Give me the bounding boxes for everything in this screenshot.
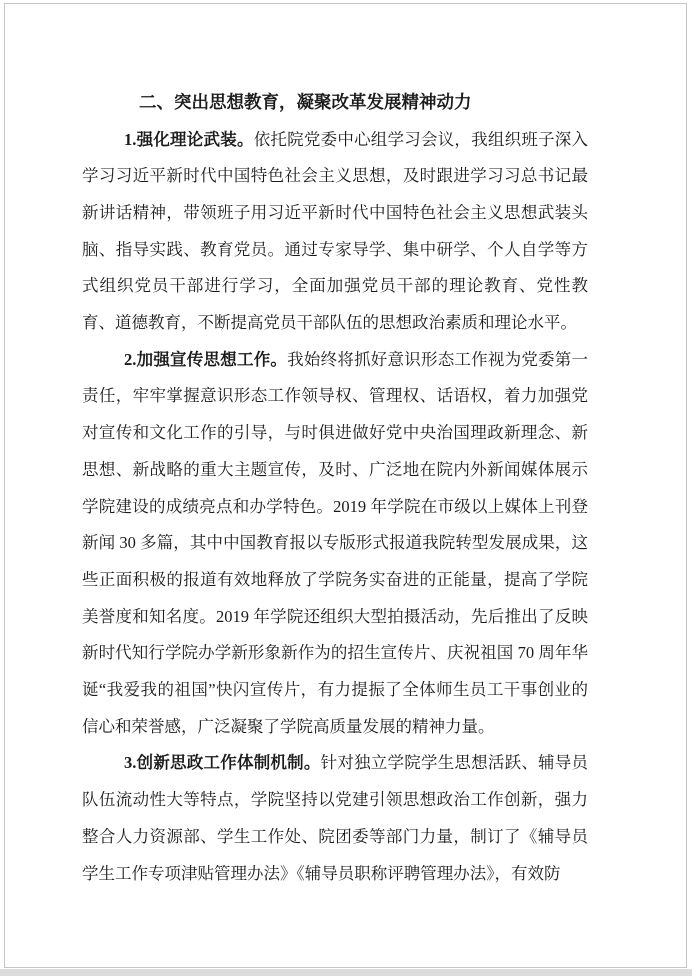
page-bottom-gap (0, 969, 692, 976)
paragraph-lead: 3.创新思政工作体制机制。 (124, 753, 321, 772)
document-page: 二、突出思想教育，凝聚改革发展精神动力 1.强化理论武装。依托院党委中心组学习会… (4, 3, 687, 968)
paragraph-ideological-mechanism: 3.创新思政工作体制机制。针对独立学院学生思想活跃、辅导员队伍流动性大等特点，学… (82, 745, 588, 892)
paragraph-theory-arming: 1.强化理论武装。依托院党委中心组学习会议，我组织班子深入学习习近平新时代中国特… (82, 122, 588, 342)
paragraph-body: 针对独立学院学生思想活跃、辅导员队伍流动性大等特点，学院坚持以党建引领思想政治工… (82, 753, 588, 882)
paragraph-propaganda-work: 2.加强宣传思想工作。我始终将抓好意识形态工作视为党委第一责任，牢牢掌握意识形态… (82, 342, 588, 746)
paragraph-lead: 2.加强宣传思想工作。 (124, 350, 287, 369)
paragraph-lead: 1.强化理论武装。 (124, 130, 254, 149)
paragraph-body: 依托院党委中心组学习会议，我组织班子深入学习习近平新时代中国特色社会主义思想，及… (82, 130, 588, 333)
document-viewport: 二、突出思想教育，凝聚改革发展精神动力 1.强化理论武装。依托院党委中心组学习会… (0, 0, 692, 976)
paragraph-body: 我始终将抓好意识形态工作视为党委第一责任，牢牢掌握意识形态工作领导权、管理权、话… (82, 350, 588, 736)
document-content: 二、突出思想教育，凝聚改革发展精神动力 1.强化理论武装。依托院党委中心组学习会… (82, 84, 588, 892)
section-heading: 二、突出思想教育，凝聚改革发展精神动力 (82, 84, 588, 122)
